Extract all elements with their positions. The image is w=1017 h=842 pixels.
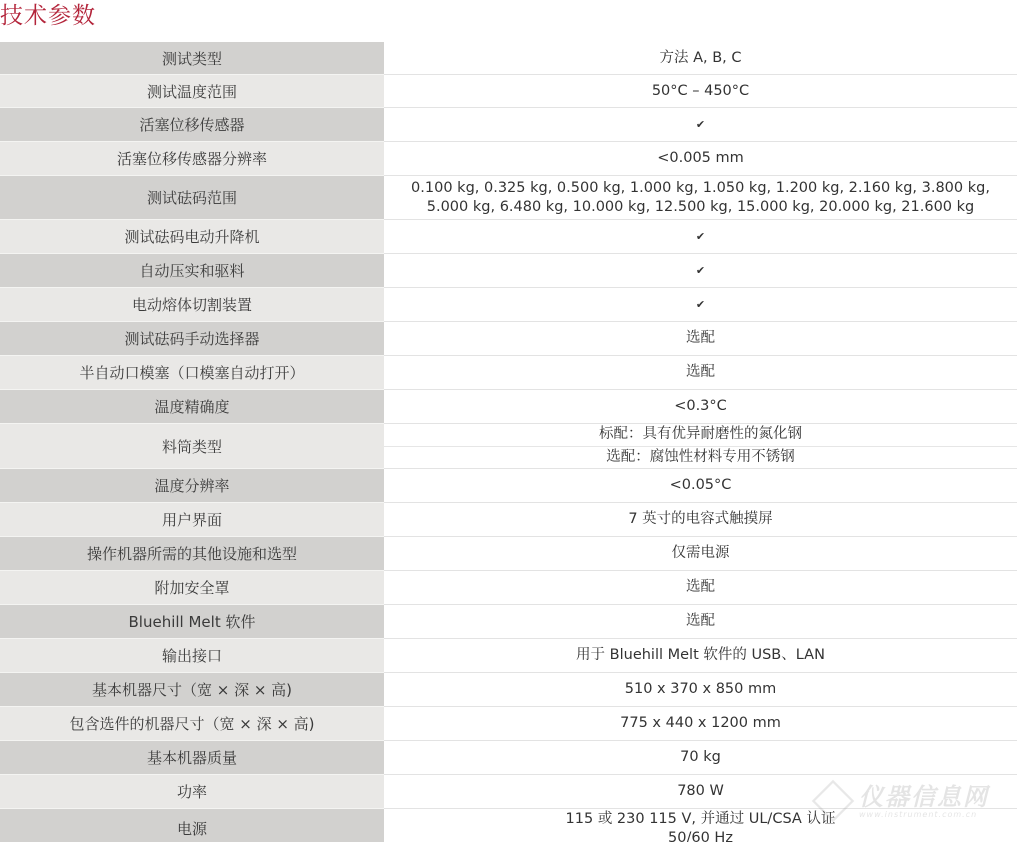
spec-row-auto-compaction: 自动压实和驱料 ✔	[0, 254, 1017, 288]
spec-row-manual-selector: 测试砝码手动选择器 选配	[0, 322, 1017, 356]
spec-row-melt-cutter: 电动熔体切割装置 ✔	[0, 288, 1017, 322]
spec-value-line: 115 或 230 115 V, 并通过 UL/CSA 认证	[566, 810, 836, 829]
spec-row-weight-range: 测试砝码范围 0.100 kg, 0.325 kg, 0.500 kg, 1.0…	[0, 176, 1017, 220]
spec-label: 功率	[0, 775, 384, 809]
spec-label: 包含选件的机器尺寸（宽 × 深 × 高)	[0, 707, 384, 741]
spec-row-user-interface: 用户界面 7 英寸的电容式触摸屏	[0, 503, 1017, 537]
spec-row-safety-shield: 附加安全罩 选配	[0, 571, 1017, 605]
spec-value-line: 选配：腐蚀性材料专用不锈钢	[384, 446, 1017, 469]
spec-value: 50°C – 450°C	[384, 75, 1017, 108]
spec-label: 附加安全罩	[0, 571, 384, 605]
spec-value: ✔	[384, 220, 1017, 254]
spec-value: 115 或 230 115 V, 并通过 UL/CSA 认证 50/60 Hz	[384, 809, 1017, 842]
spec-value: <0.005 mm	[384, 142, 1017, 176]
spec-row-power: 功率 780 W	[0, 775, 1017, 809]
spec-value-line: 5.000 kg, 6.480 kg, 10.000 kg, 12.500 kg…	[427, 198, 974, 217]
spec-label: 电动熔体切割装置	[0, 288, 384, 322]
spec-value: 选配	[384, 571, 1017, 605]
spec-row-barrel-type: 料筒类型 标配：具有优异耐磨性的氮化钢 选配：腐蚀性材料专用不锈钢	[0, 424, 1017, 469]
spec-row-power-supply: 电源 115 或 230 115 V, 并通过 UL/CSA 认证 50/60 …	[0, 809, 1017, 842]
spec-row-option-dimensions: 包含选件的机器尺寸（宽 × 深 × 高) 775 x 440 x 1200 mm	[0, 707, 1017, 741]
spec-row-base-dimensions: 基本机器尺寸（宽 × 深 × 高) 510 x 370 x 850 mm	[0, 673, 1017, 707]
spec-value-line: 标配：具有优异耐磨性的氮化钢	[384, 424, 1017, 446]
spec-label: 测试温度范围	[0, 75, 384, 108]
spec-table: 测试类型 方法 A, B, C 测试温度范围 50°C – 450°C 活塞位移…	[0, 42, 1017, 842]
spec-label: 半自动口模塞（口模塞自动打开）	[0, 356, 384, 390]
check-icon: ✔	[696, 119, 705, 130]
spec-row-piston-sensor: 活塞位移传感器 ✔	[0, 108, 1017, 142]
spec-label: 测试砝码范围	[0, 176, 384, 220]
spec-value: 选配	[384, 605, 1017, 639]
spec-row-piston-resolution: 活塞位移传感器分辨率 <0.005 mm	[0, 142, 1017, 176]
spec-value: 0.100 kg, 0.325 kg, 0.500 kg, 1.000 kg, …	[384, 176, 1017, 220]
spec-value: <0.3°C	[384, 390, 1017, 424]
spec-label: 操作机器所需的其他设施和选型	[0, 537, 384, 571]
spec-value: 选配	[384, 322, 1017, 356]
spec-label: Bluehill Melt 软件	[0, 605, 384, 639]
spec-value: 780 W	[384, 775, 1017, 809]
spec-label: 基本机器尺寸（宽 × 深 × 高)	[0, 673, 384, 707]
spec-value: 510 x 370 x 850 mm	[384, 673, 1017, 707]
spec-label: 料筒类型	[0, 424, 384, 469]
spec-value: 7 英寸的电容式触摸屏	[384, 503, 1017, 537]
spec-value: ✔	[384, 254, 1017, 288]
spec-value: ✔	[384, 108, 1017, 142]
spec-label: 温度精确度	[0, 390, 384, 424]
spec-label: 输出接口	[0, 639, 384, 673]
spec-row-base-mass: 基本机器质量 70 kg	[0, 741, 1017, 775]
spec-row-output-interface: 输出接口 用于 Bluehill Melt 软件的 USB、LAN	[0, 639, 1017, 673]
spec-value: 70 kg	[384, 741, 1017, 775]
spec-value: 775 x 440 x 1200 mm	[384, 707, 1017, 741]
spec-label: 自动压实和驱料	[0, 254, 384, 288]
spec-value: 仅需电源	[384, 537, 1017, 571]
spec-value: ✔	[384, 288, 1017, 322]
spec-row-temp-resolution: 温度分辨率 <0.05°C	[0, 469, 1017, 503]
spec-row-temp-accuracy: 温度精确度 <0.3°C	[0, 390, 1017, 424]
spec-value-line: 0.100 kg, 0.325 kg, 0.500 kg, 1.000 kg, …	[411, 179, 990, 198]
spec-value-line: 50/60 Hz	[668, 829, 733, 842]
spec-label: 测试类型	[0, 42, 384, 75]
spec-label: 测试砝码手动选择器	[0, 322, 384, 356]
spec-label: 活塞位移传感器	[0, 108, 384, 142]
spec-label: 用户界面	[0, 503, 384, 537]
check-icon: ✔	[696, 265, 705, 276]
spec-value: 方法 A, B, C	[384, 42, 1017, 75]
spec-value: 标配：具有优异耐磨性的氮化钢 选配：腐蚀性材料专用不锈钢	[384, 424, 1017, 469]
spec-value: <0.05°C	[384, 469, 1017, 503]
spec-label: 活塞位移传感器分辨率	[0, 142, 384, 176]
spec-row-test-type: 测试类型 方法 A, B, C	[0, 42, 1017, 75]
spec-value: 用于 Bluehill Melt 软件的 USB、LAN	[384, 639, 1017, 673]
spec-label: 电源	[0, 809, 384, 842]
spec-label: 基本机器质量	[0, 741, 384, 775]
check-icon: ✔	[696, 231, 705, 242]
spec-row-facilities: 操作机器所需的其他设施和选型 仅需电源	[0, 537, 1017, 571]
spec-row-software: Bluehill Melt 软件 选配	[0, 605, 1017, 639]
spec-row-temp-range: 测试温度范围 50°C – 450°C	[0, 75, 1017, 108]
spec-label: 温度分辨率	[0, 469, 384, 503]
check-icon: ✔	[696, 299, 705, 310]
page-title: 技术参数	[0, 0, 96, 36]
spec-row-die-plug: 半自动口模塞（口模塞自动打开） 选配	[0, 356, 1017, 390]
spec-value: 选配	[384, 356, 1017, 390]
spec-label: 测试砝码电动升降机	[0, 220, 384, 254]
spec-row-weight-lift: 测试砝码电动升降机 ✔	[0, 220, 1017, 254]
